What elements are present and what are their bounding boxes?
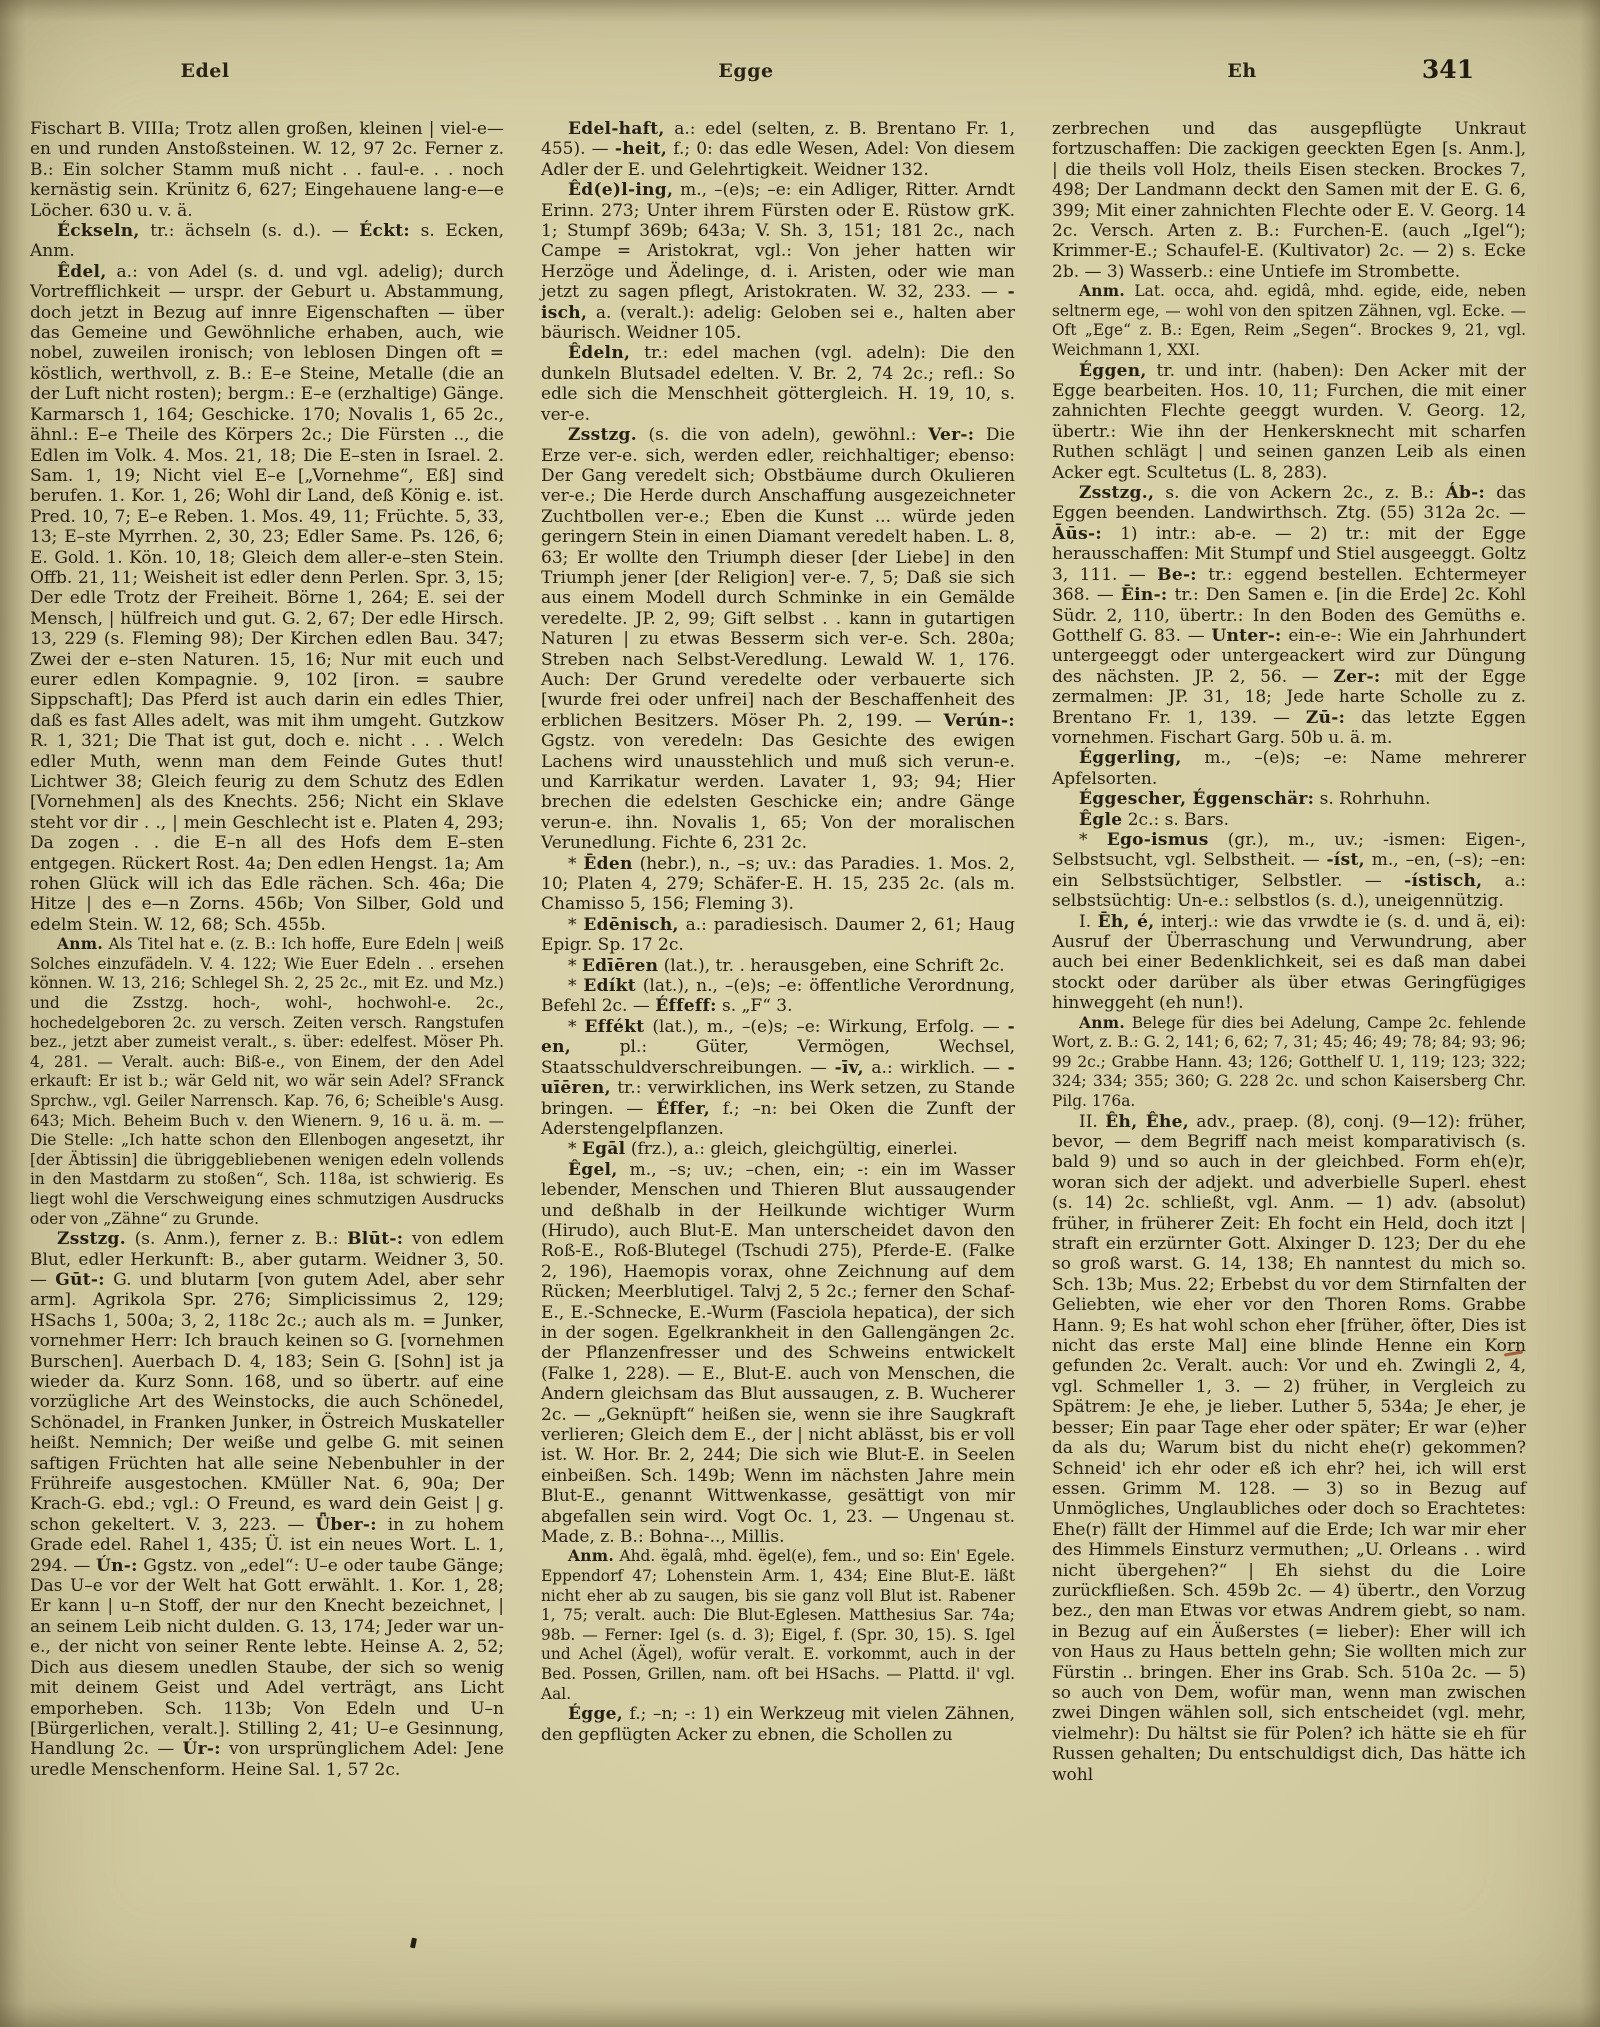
entry-edeln: Êdeln, tr.: edel machen (vgl. adeln): Di… (541, 343, 1015, 425)
entry-edikt: * Edíkt (lat.), n., –(e)s; –e: öffentlic… (541, 976, 1015, 1017)
text-column-3: zerbrechen und das ausgepflügte Unkraut … (1052, 119, 1526, 1785)
entry-eggen-zusammensetzungen: Zsstzg., s. die von Ackern 2c., z. B.: Á… (1052, 483, 1526, 748)
entry-edel-continuation-from-prev-page: Fischart B. VIIIa; Trotz allen großen, k… (30, 119, 504, 221)
page-edge-shadow-bottom (0, 2001, 1600, 2027)
entry-egel: Êgel, m., –s; uv.; –chen, ein; -: ein im… (541, 1160, 1015, 1548)
entry-effekt: * Effékt (lat.), m., –(e)s; –e: Wirkung,… (541, 1017, 1015, 1139)
entry-eggerling: Éggerling, m., –(e)s; –e: Name mehrerer … (1052, 748, 1526, 789)
entry-edel: Êdel, a.: von Adel (s. d. und vgl. adeli… (30, 262, 504, 935)
page-edge-shadow-right (1580, 0, 1600, 2027)
entry-eh-anmerkung: Anm. Belege für dies bei Adelung, Campe … (1052, 1014, 1526, 1112)
entry-egel-anmerkung: Anm. Ahd. ëgalâ, mhd. ëgel(e), fem., und… (541, 1547, 1015, 1704)
page-edge-shadow-top (0, 0, 1600, 22)
entry-egge-anmerkung: Anm. Lat. occa, ahd. egidâ, mhd. egide, … (1052, 282, 1526, 360)
entry-edeling: Êd(e)l-ing, m., –(e)s; –e: ein Adliger, … (541, 180, 1015, 343)
entry-eh-adverb: II. Êh, Êhe, adv., praep. (8), conj. (9—… (1052, 1112, 1526, 1785)
entry-edenisch: * Edēnisch, a.: paradiesisch. Daumer 2, … (541, 915, 1015, 956)
entry-eden: * Ēden (hebr.), n., –s; uv.: das Paradie… (541, 854, 1015, 915)
ink-speck (410, 1938, 417, 1949)
page-edge-shadow-left (0, 0, 26, 2027)
entry-eckseln: Éckseln, tr.: ächseln (s. d.). — Éckt: s… (30, 221, 504, 262)
running-head-right: Eh (1227, 60, 1256, 82)
entry-egle: Êgle 2c.: s. Bars. (1052, 810, 1526, 830)
entry-eggen: Éggen, tr. und intr. (haben): Den Acker … (1052, 361, 1526, 483)
entry-egge-continuation: zerbrechen und das ausgepflügte Unkraut … (1052, 119, 1526, 282)
entry-egal: * Egāl (frz.), a.: gleich, gleichgültig,… (541, 1139, 1015, 1159)
entry-edeln-zusammensetzungen: Zsstzg. (s. die von adeln), gewöhnl.: Ve… (541, 425, 1015, 854)
entry-eh-interjektion: I. Ēh, é, interj.: wie das vrwdte ie (s.… (1052, 912, 1526, 1014)
entry-eggescher: Éggescher, Éggenschär: s. Rohrhuhn. (1052, 789, 1526, 809)
text-column-1: Fischart B. VIIIa; Trotz allen großen, k… (30, 119, 504, 1780)
entry-edelhaft: Edel-haft, a.: edel (selten, z. B. Brent… (541, 119, 1015, 180)
dictionary-scan-page: Edel Egge Eh 341 Fischart B. VIIIa; Trot… (0, 0, 1600, 2027)
entry-egoismus: * Ego-ismus (gr.), m., uv.; -ismen: Eige… (1052, 830, 1526, 912)
page-number: 341 (1422, 55, 1474, 84)
entry-edel-zusammensetzungen: Zsstzg. (s. Anm.), ferner z. B.: Blūt-: … (30, 1229, 504, 1780)
entry-egge: Égge, f.; –n; -: 1) ein Werkzeug mit vie… (541, 1704, 1015, 1745)
entry-edel-anmerkung: Anm. Als Titel hat e. (z. B.: Ich hoffe,… (30, 935, 504, 1229)
text-column-2: Edel-haft, a.: edel (selten, z. B. Brent… (541, 119, 1015, 1745)
entry-edieren: * Edīēren (lat.), tr. . herausgeben, ein… (541, 956, 1015, 976)
running-head-left: Edel (180, 60, 229, 82)
running-head-center: Egge (718, 60, 773, 82)
